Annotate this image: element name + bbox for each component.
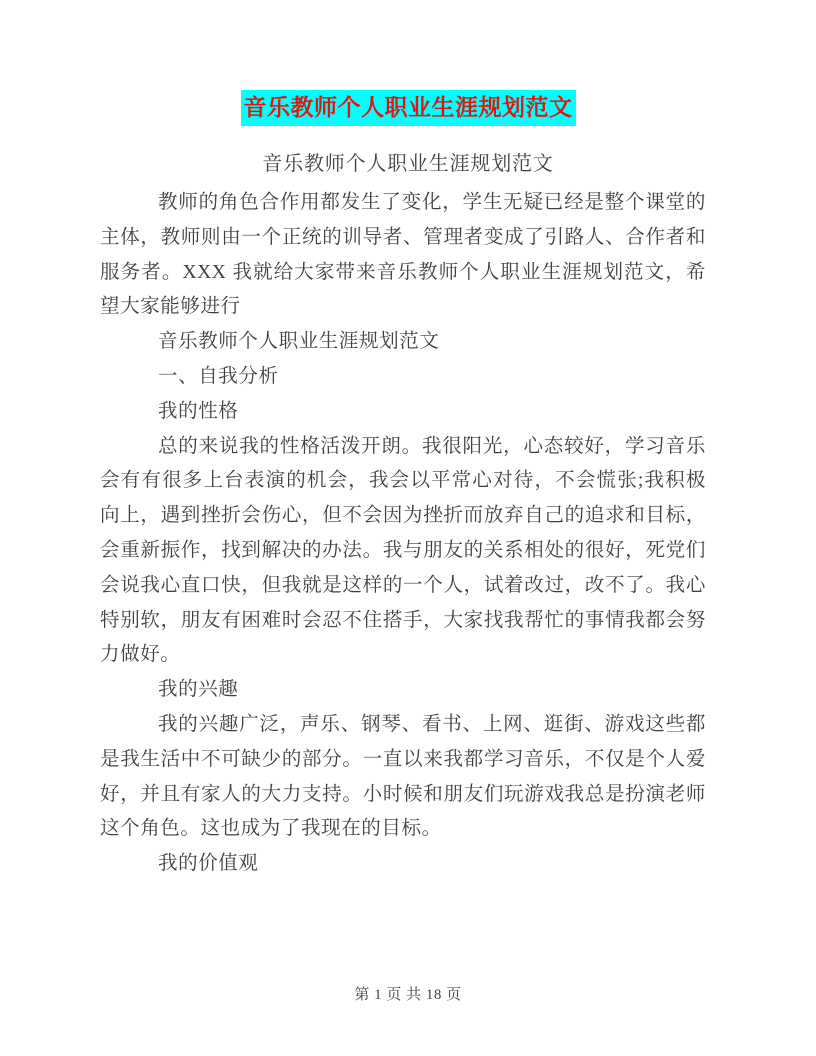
- paragraph: 我的兴趣: [100, 673, 706, 708]
- document-title: 音乐教师个人职业生涯规划范文: [0, 90, 816, 127]
- page-number-footer: 第 1 页 共 18 页: [0, 983, 816, 1004]
- paragraph: 一、自我分析: [100, 360, 706, 395]
- paragraph: 总的来说我的性格活泼开朗。我很阳光，心态较好，学习音乐会有有很多上台表演的机会，…: [100, 430, 706, 674]
- paragraph: 音乐教师个人职业生涯规划范文: [100, 325, 706, 360]
- document-page: 音乐教师个人职业生涯规划范文 音乐教师个人职业生涯规划范文 教师的角色合作用都发…: [0, 0, 816, 1056]
- title-highlight: 音乐教师个人职业生涯规划范文: [241, 90, 576, 126]
- document-subtitle: 音乐教师个人职业生涯规划范文: [0, 147, 816, 176]
- paragraph: 我的性格: [100, 395, 706, 430]
- document-body: 教师的角色合作用都发生了变化，学生无疑已经是整个课堂的主体，教师则由一个正统的训…: [100, 186, 706, 882]
- paragraph: 我的兴趣广泛，声乐、钢琴、看书、上网、逛街、游戏这些都是我生活中不可缺少的部分。…: [100, 708, 706, 847]
- paragraph: 教师的角色合作用都发生了变化，学生无疑已经是整个课堂的主体，教师则由一个正统的训…: [100, 186, 706, 325]
- paragraph: 我的价值观: [100, 847, 706, 882]
